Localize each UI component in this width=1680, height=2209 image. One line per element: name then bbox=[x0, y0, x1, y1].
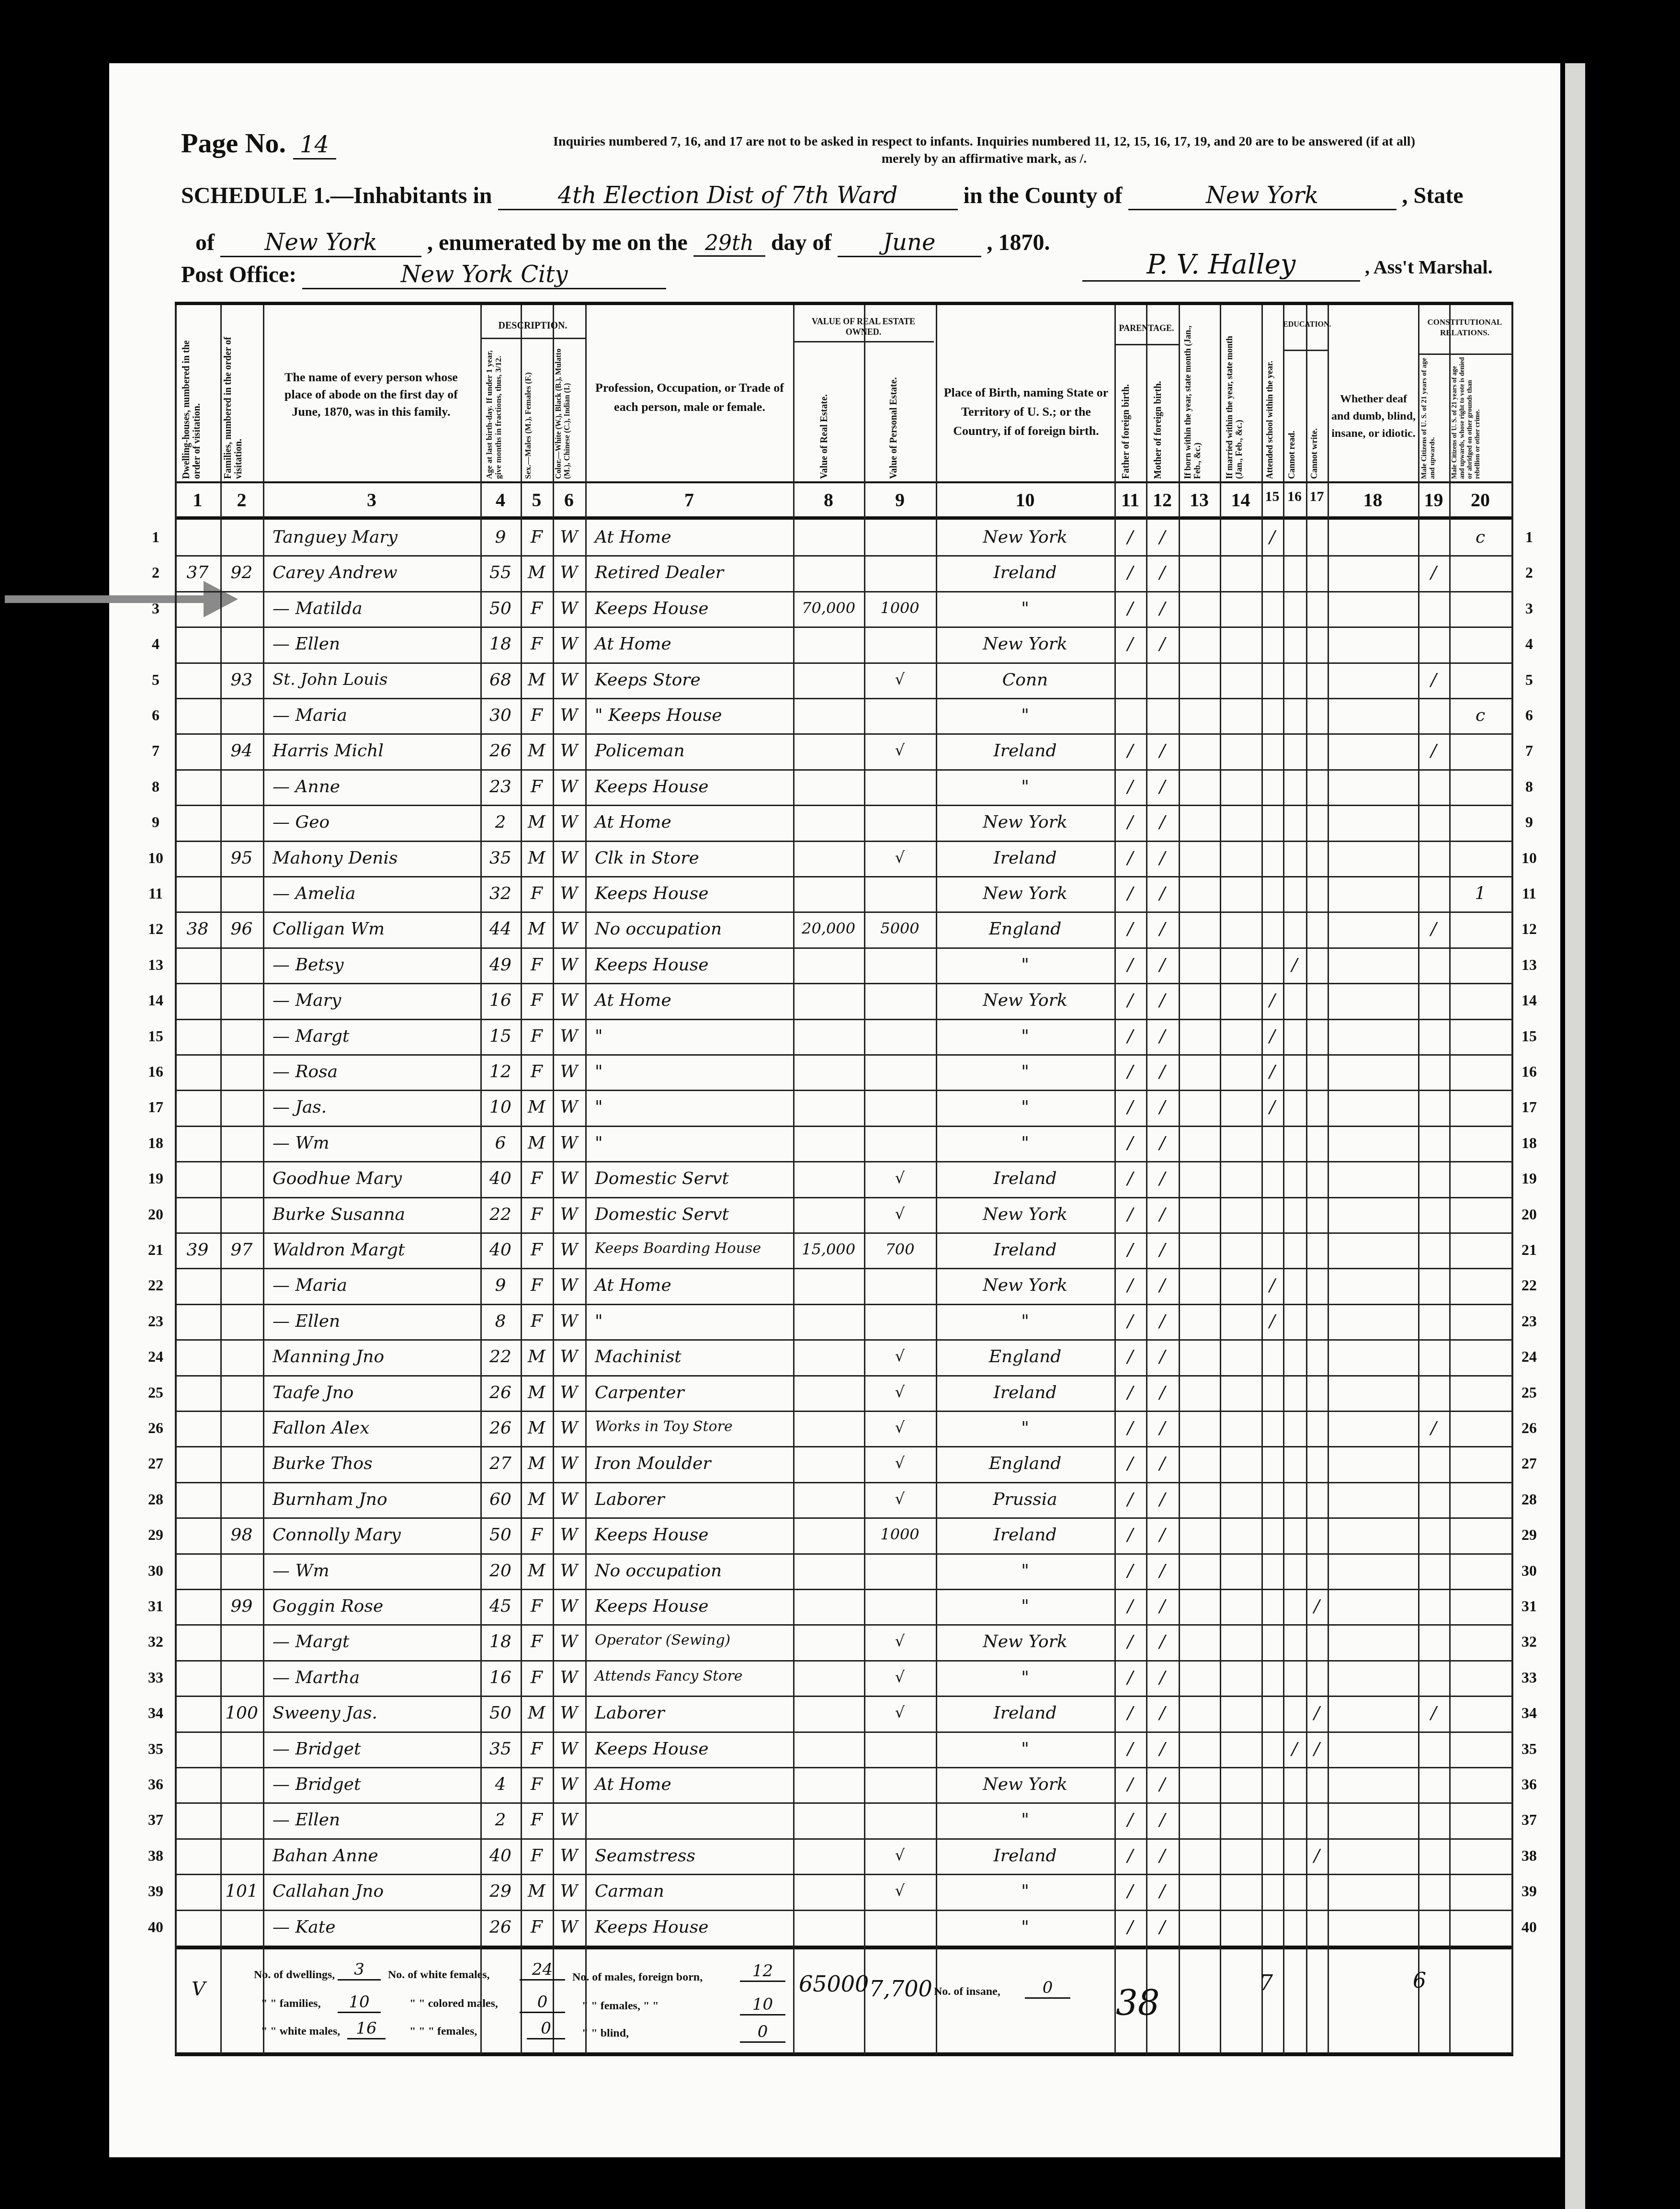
cell-birth: " bbox=[936, 955, 1114, 975]
adjacent-page-edge bbox=[1565, 63, 1585, 2209]
cell-occupation: Keeps House bbox=[595, 1739, 793, 1759]
cell-color: W bbox=[553, 741, 585, 761]
row-number-left: 28 bbox=[144, 1491, 168, 1508]
cell-age: 10 bbox=[480, 1097, 521, 1117]
colnum-bottom-rule bbox=[175, 516, 1513, 520]
row-number-right: 39 bbox=[1517, 1882, 1541, 1900]
cell-name: — Geo bbox=[272, 812, 480, 832]
cell-color: W bbox=[553, 1026, 585, 1046]
cell-write: / bbox=[1306, 1703, 1328, 1723]
cell-father: / bbox=[1114, 1205, 1146, 1224]
cell-birth: " bbox=[936, 1418, 1114, 1438]
summary-citizens-total: 6 bbox=[1413, 1969, 1426, 1993]
row-number-right: 9 bbox=[1517, 813, 1541, 831]
cell-family: 98 bbox=[220, 1525, 263, 1545]
cell-father: / bbox=[1114, 1311, 1146, 1331]
cell-birth: " bbox=[936, 1026, 1114, 1046]
marshal-signature: P. V. Halley bbox=[1082, 249, 1360, 282]
cell-name: Fallon Alex bbox=[272, 1418, 480, 1438]
cell-father: / bbox=[1114, 848, 1146, 868]
row-number-left: 25 bbox=[144, 1384, 168, 1401]
cell-occupation: Domestic Servt bbox=[595, 1205, 793, 1224]
cell-birth: " bbox=[936, 1881, 1114, 1901]
cell-name: Taafe Jno bbox=[272, 1383, 480, 1402]
cell-dwelling: 39 bbox=[175, 1240, 220, 1260]
row-divider bbox=[175, 1838, 1511, 1840]
cell-name: Carey Andrew bbox=[272, 563, 480, 582]
row-number-left: 34 bbox=[144, 1704, 168, 1722]
cell-mother: / bbox=[1146, 1703, 1179, 1723]
row-number-left: 23 bbox=[144, 1312, 168, 1330]
column-number: 18 bbox=[1328, 489, 1418, 511]
cell-color: W bbox=[553, 1454, 585, 1473]
cell-personal: √ bbox=[864, 1881, 936, 1900]
column-number: 20 bbox=[1449, 489, 1511, 511]
constitutional-group-rule bbox=[1418, 353, 1511, 355]
cell-sex: F bbox=[521, 1846, 553, 1866]
cell-father: / bbox=[1114, 634, 1146, 654]
cell-sex: M bbox=[521, 1703, 553, 1723]
cell-age: 16 bbox=[480, 1668, 521, 1687]
row-divider bbox=[175, 1304, 1511, 1305]
row-number-left: 37 bbox=[144, 1811, 168, 1829]
cell-age: 26 bbox=[480, 1917, 521, 1937]
row-number-right: 19 bbox=[1517, 1170, 1541, 1187]
row-number-right: 17 bbox=[1517, 1098, 1541, 1116]
cell-mother: / bbox=[1146, 599, 1179, 618]
summary-personal-estate-total: 7,700 bbox=[869, 1976, 932, 2002]
cell-father: / bbox=[1114, 527, 1146, 547]
cell-sex: M bbox=[521, 1561, 553, 1581]
row-number-right: 14 bbox=[1517, 991, 1541, 1009]
cell-mother: / bbox=[1146, 1097, 1179, 1117]
cell-birth: New York bbox=[936, 1275, 1114, 1295]
cell-personal: 5000 bbox=[864, 919, 936, 937]
summary-white-males: 16 bbox=[347, 2019, 386, 2039]
row-number-left: 11 bbox=[144, 885, 168, 902]
cell-age: 22 bbox=[480, 1347, 521, 1366]
cell-age: 35 bbox=[480, 1739, 521, 1759]
cell-father: / bbox=[1114, 1026, 1146, 1046]
state-field: New York bbox=[220, 229, 421, 257]
cell-name: — Ellen bbox=[272, 1311, 480, 1331]
cell-family: 101 bbox=[220, 1881, 263, 1901]
cell-occupation: Keeps Boarding House bbox=[595, 1240, 793, 1257]
cell-color: W bbox=[553, 991, 585, 1010]
cell-mother: / bbox=[1146, 1632, 1179, 1651]
cell-age: 49 bbox=[480, 955, 521, 975]
cell-family: 99 bbox=[220, 1596, 263, 1616]
col-header-deaf-blind-insane: Whether deaf and dumb, blind, insane, or… bbox=[1330, 390, 1417, 442]
row-divider bbox=[175, 1874, 1511, 1875]
row-number-right: 2 bbox=[1517, 564, 1541, 581]
cell-mother: / bbox=[1146, 1775, 1179, 1794]
cell-citizen: / bbox=[1418, 1703, 1449, 1723]
cell-occupation: " bbox=[595, 1062, 793, 1082]
row-divider bbox=[175, 1446, 1511, 1447]
row-number-left: 30 bbox=[144, 1562, 168, 1580]
cell-name: Bahan Anne bbox=[272, 1846, 480, 1866]
cell-birth: " bbox=[936, 1668, 1114, 1687]
row-number-left: 32 bbox=[144, 1633, 168, 1651]
cell-age: 26 bbox=[480, 741, 521, 761]
cell-mother: / bbox=[1146, 1490, 1179, 1509]
row-number-right: 22 bbox=[1517, 1276, 1541, 1294]
col-header-sex: Sex.—Males (M.), Females (F.) bbox=[523, 342, 550, 479]
cell-sex: F bbox=[521, 1775, 553, 1794]
cell-father: / bbox=[1114, 1596, 1146, 1616]
cell-name: — Maria bbox=[272, 1275, 480, 1295]
cell-sex: M bbox=[521, 741, 553, 761]
row-divider bbox=[175, 1268, 1511, 1269]
cell-name: Callahan Jno bbox=[272, 1881, 480, 1901]
cell-age: 30 bbox=[480, 706, 521, 725]
row-number-right: 4 bbox=[1517, 635, 1541, 653]
cell-sex: F bbox=[521, 777, 553, 797]
row-divider bbox=[175, 1375, 1511, 1377]
cell-occupation: Keeps Store bbox=[595, 670, 793, 690]
row-number-right: 21 bbox=[1517, 1241, 1541, 1259]
cell-father: / bbox=[1114, 1490, 1146, 1509]
row-number-left: 5 bbox=[144, 671, 168, 689]
cell-personal: √ bbox=[864, 848, 936, 866]
cell-father: / bbox=[1114, 1739, 1146, 1759]
cell-real: 20,000 bbox=[793, 919, 864, 937]
cell-personal: 700 bbox=[864, 1240, 936, 1258]
cell-birth: " bbox=[936, 599, 1114, 618]
cell-father: / bbox=[1114, 1454, 1146, 1473]
row-divider bbox=[175, 1090, 1511, 1091]
cell-sex: M bbox=[521, 1097, 553, 1117]
cell-color: W bbox=[553, 599, 585, 618]
cell-sex: M bbox=[521, 1490, 553, 1509]
cell-personal: √ bbox=[864, 1454, 936, 1472]
row-number-left: 29 bbox=[144, 1526, 168, 1544]
cell-name: — Rosa bbox=[272, 1062, 480, 1082]
summary-families: 10 bbox=[338, 1993, 381, 2013]
cell-mother: / bbox=[1146, 1846, 1179, 1866]
summary-parentage-total: 38 bbox=[1116, 1983, 1160, 2023]
cell-age: 9 bbox=[480, 1275, 521, 1295]
cell-birth: Ireland bbox=[936, 1169, 1114, 1188]
cell-name: Burnham Jno bbox=[272, 1490, 480, 1509]
cell-name: Burke Susanna bbox=[272, 1205, 480, 1224]
col-header-vote-denied: Male Citizens of U. S. of 21 years of ag… bbox=[1451, 357, 1510, 479]
cell-mother: / bbox=[1146, 991, 1179, 1010]
cell-sex: F bbox=[521, 1275, 553, 1295]
summary-real-estate-total: 65000 bbox=[799, 1971, 869, 1997]
cell-father: / bbox=[1114, 1810, 1146, 1830]
cell-birth: England bbox=[936, 1454, 1114, 1473]
row-divider bbox=[175, 626, 1511, 628]
cell-age: 18 bbox=[480, 1632, 521, 1651]
cell-father: / bbox=[1114, 1347, 1146, 1366]
cell-birth: England bbox=[936, 919, 1114, 939]
cell-color: W bbox=[553, 1775, 585, 1794]
marshal-signature-line: P. V. Halley , Ass't Marshal. bbox=[1082, 249, 1493, 282]
cell-age: 8 bbox=[480, 1311, 521, 1331]
cell-age: 40 bbox=[480, 1169, 521, 1188]
cell-age: 50 bbox=[480, 599, 521, 618]
cell-name: — Anne bbox=[272, 777, 480, 797]
row-number-left: 24 bbox=[144, 1348, 168, 1366]
cell-occupation: Keeps House bbox=[595, 955, 793, 975]
cell-occupation: Works in Toy Store bbox=[595, 1418, 793, 1435]
row-number-right: 11 bbox=[1517, 885, 1541, 902]
col-header-married-within-year: If married within the year, state month … bbox=[1225, 316, 1258, 479]
cell-name: Sweeny Jas. bbox=[272, 1703, 480, 1723]
cell-real: 70,000 bbox=[793, 599, 864, 617]
row-number-right: 6 bbox=[1517, 706, 1541, 724]
cell-real: 15,000 bbox=[793, 1240, 864, 1258]
cell-name: — Jas. bbox=[272, 1097, 480, 1117]
cell-birth: " bbox=[936, 1739, 1114, 1759]
cell-sex: M bbox=[521, 563, 553, 582]
row-number-right: 35 bbox=[1517, 1740, 1541, 1758]
cell-occupation: Laborer bbox=[595, 1703, 793, 1723]
column-divider bbox=[1511, 305, 1513, 2055]
cell-age: 45 bbox=[480, 1596, 521, 1616]
cell-father: / bbox=[1114, 1561, 1146, 1581]
cell-color: W bbox=[553, 1525, 585, 1545]
row-divider bbox=[175, 1339, 1511, 1341]
cell-color: W bbox=[553, 1739, 585, 1759]
cell-family: 92 bbox=[220, 563, 263, 582]
cell-color: W bbox=[553, 1668, 585, 1687]
enumeration-line: of New York , enumerated by me on the 29… bbox=[181, 229, 1050, 257]
description-group-rule bbox=[480, 338, 585, 339]
cell-age: 68 bbox=[480, 670, 521, 690]
column-divider bbox=[1306, 305, 1307, 2055]
cell-occupation: Domestic Servt bbox=[595, 1169, 793, 1188]
cell-occupation: Keeps House bbox=[595, 1917, 793, 1937]
cell-sex: F bbox=[521, 599, 553, 618]
row-number-left: 27 bbox=[144, 1455, 168, 1472]
row-number-right: 18 bbox=[1517, 1134, 1541, 1152]
cell-dwelling: 37 bbox=[175, 563, 220, 582]
column-number: 16 bbox=[1283, 489, 1306, 505]
cell-occupation: No occupation bbox=[595, 1561, 793, 1581]
cell-father: / bbox=[1114, 1097, 1146, 1117]
cell-birth: New York bbox=[936, 884, 1114, 903]
cell-birth: " bbox=[936, 1133, 1114, 1153]
cell-birth: Ireland bbox=[936, 1240, 1114, 1260]
cell-color: W bbox=[553, 706, 585, 725]
cell-age: 2 bbox=[480, 812, 521, 832]
row-number-right: 34 bbox=[1517, 1704, 1541, 1722]
cell-sex: F bbox=[521, 527, 553, 547]
cell-color: W bbox=[553, 1062, 585, 1082]
cell-mother: / bbox=[1146, 563, 1179, 582]
county-field: New York bbox=[1128, 182, 1396, 210]
row-number-left: 14 bbox=[144, 991, 168, 1009]
cell-father: / bbox=[1114, 741, 1146, 761]
cell-mother: / bbox=[1146, 1240, 1179, 1260]
cell-mother: / bbox=[1146, 1454, 1179, 1473]
row-divider bbox=[175, 1802, 1511, 1804]
column-divider bbox=[263, 305, 264, 2055]
cell-occupation: Laborer bbox=[595, 1490, 793, 1509]
cell-occupation: At Home bbox=[595, 1275, 793, 1295]
column-divider bbox=[793, 305, 795, 2055]
cell-name: — Wm bbox=[272, 1561, 480, 1581]
cell-mother: / bbox=[1146, 1026, 1179, 1046]
row-number-right: 28 bbox=[1517, 1491, 1541, 1508]
day-field: 29th bbox=[693, 231, 765, 257]
cell-age: 44 bbox=[480, 919, 521, 939]
cell-personal: √ bbox=[864, 1632, 936, 1650]
row-number-left: 2 bbox=[144, 564, 168, 581]
column-number: 12 bbox=[1146, 489, 1179, 511]
cell-age: 20 bbox=[480, 1561, 521, 1581]
cell-occupation: Carpenter bbox=[595, 1383, 793, 1402]
col-header-birthplace: Place of Birth, naming State or Territor… bbox=[943, 383, 1109, 441]
row-number-right: 36 bbox=[1517, 1776, 1541, 1793]
cell-color: W bbox=[553, 1561, 585, 1581]
cell-color: W bbox=[553, 670, 585, 690]
cell-age: 6 bbox=[480, 1133, 521, 1153]
cell-mother: / bbox=[1146, 741, 1179, 761]
post-office-field: New York City bbox=[302, 261, 666, 289]
cell-birth: " bbox=[936, 1097, 1114, 1117]
cell-father: / bbox=[1114, 1062, 1146, 1082]
cell-school: / bbox=[1261, 1097, 1283, 1117]
row-divider bbox=[175, 1660, 1511, 1662]
cell-age: 40 bbox=[480, 1846, 521, 1866]
cell-father: / bbox=[1114, 1133, 1146, 1153]
cell-name: Waldron Margt bbox=[272, 1240, 480, 1260]
cell-color: W bbox=[553, 1383, 585, 1402]
cell-family: 97 bbox=[220, 1240, 263, 1260]
cell-color: W bbox=[553, 777, 585, 797]
row-divider bbox=[175, 769, 1511, 771]
row-number-right: 3 bbox=[1517, 600, 1541, 617]
row-divider bbox=[175, 1019, 1511, 1020]
row-number-right: 15 bbox=[1517, 1027, 1541, 1045]
cell-color: W bbox=[553, 1846, 585, 1866]
cell-father: / bbox=[1114, 1525, 1146, 1545]
cell-color: W bbox=[553, 1703, 585, 1723]
cell-mother: / bbox=[1146, 1668, 1179, 1687]
cell-sex: F bbox=[521, 1062, 553, 1082]
col-header-father-foreign: Father of foreign birth. bbox=[1121, 350, 1140, 479]
cell-personal: √ bbox=[864, 741, 936, 759]
row-divider bbox=[175, 876, 1511, 877]
cell-occupation: " Keeps House bbox=[595, 706, 793, 725]
parentage-group-rule bbox=[1114, 344, 1179, 345]
column-divider bbox=[1449, 305, 1451, 2055]
col-header-cannot-read: Cannot read. bbox=[1286, 354, 1304, 479]
cell-sex: M bbox=[521, 1133, 553, 1153]
row-number-right: 26 bbox=[1517, 1419, 1541, 1437]
cell-age: 26 bbox=[480, 1383, 521, 1402]
data-bottom-rule bbox=[175, 1946, 1513, 1949]
summary-check-mark: V bbox=[192, 1978, 205, 2000]
col-header-family: Families, numbered in the order of visit… bbox=[223, 316, 251, 479]
cell-age: 35 bbox=[480, 848, 521, 868]
cell-sex: M bbox=[521, 1418, 553, 1438]
cell-age: 18 bbox=[480, 634, 521, 654]
cell-birth: Ireland bbox=[936, 741, 1114, 761]
cell-father: / bbox=[1114, 1632, 1146, 1651]
cell-occupation: At Home bbox=[595, 812, 793, 832]
row-number-right: 38 bbox=[1517, 1847, 1541, 1865]
cell-sex: F bbox=[521, 1026, 553, 1046]
summary-white-females: 24 bbox=[520, 1960, 565, 1981]
row-divider bbox=[175, 733, 1511, 735]
cell-school: / bbox=[1261, 1062, 1283, 1082]
cell-color: W bbox=[553, 527, 585, 547]
cell-mother: / bbox=[1146, 1275, 1179, 1295]
cell-sex: F bbox=[521, 1596, 553, 1616]
row-number-right: 33 bbox=[1517, 1669, 1541, 1686]
cell-color: W bbox=[553, 955, 585, 975]
cell-birth: New York bbox=[936, 1205, 1114, 1224]
row-divider bbox=[175, 983, 1511, 984]
row-divider bbox=[175, 1482, 1511, 1483]
cell-birth: " bbox=[936, 777, 1114, 797]
cell-mother: / bbox=[1146, 1917, 1179, 1937]
row-number-left: 38 bbox=[144, 1847, 168, 1865]
col-group-description: DESCRIPTION. bbox=[480, 319, 585, 333]
cell-father: / bbox=[1114, 955, 1146, 975]
col-header-cannot-write: Cannot write. bbox=[1309, 354, 1326, 479]
row-number-right: 1 bbox=[1517, 528, 1541, 546]
cell-occupation: " bbox=[595, 1097, 793, 1117]
row-number-left: 4 bbox=[144, 635, 168, 653]
cell-occupation: Machinist bbox=[595, 1347, 793, 1366]
row-divider bbox=[175, 1589, 1511, 1590]
real-estate-group-rule bbox=[793, 341, 934, 342]
cell-birth: " bbox=[936, 1596, 1114, 1616]
cell-color: W bbox=[553, 1097, 585, 1117]
col-group-parentage: PARENTAGE. bbox=[1114, 321, 1179, 335]
cell-family: 100 bbox=[220, 1703, 263, 1723]
cell-father: / bbox=[1114, 1418, 1146, 1438]
cell-sex: F bbox=[521, 706, 553, 725]
page-number-value: 14 bbox=[293, 131, 336, 159]
cell-father: / bbox=[1114, 1169, 1146, 1188]
cell-citizen: / bbox=[1418, 563, 1449, 582]
column-number: 19 bbox=[1418, 489, 1449, 511]
cell-sex: M bbox=[521, 919, 553, 939]
cell-write: / bbox=[1306, 1846, 1328, 1866]
row-number-left: 10 bbox=[144, 849, 168, 867]
summary-blind: 0 bbox=[740, 2022, 785, 2043]
cell-birth: Ireland bbox=[936, 1383, 1114, 1402]
cell-age: 9 bbox=[480, 527, 521, 547]
row-number-right: 23 bbox=[1517, 1312, 1541, 1330]
row-number-left: 40 bbox=[144, 1918, 168, 1936]
cell-birth: New York bbox=[936, 634, 1114, 654]
cell-age: 50 bbox=[480, 1703, 521, 1723]
cell-age: 16 bbox=[480, 991, 521, 1010]
cell-color: W bbox=[553, 1169, 585, 1188]
row-number-left: 6 bbox=[144, 706, 168, 724]
row-divider bbox=[175, 555, 1511, 557]
cell-personal: √ bbox=[864, 1668, 936, 1686]
cell-father: / bbox=[1114, 1383, 1146, 1402]
cell-color: W bbox=[553, 1917, 585, 1937]
summary-colored-females: 0 bbox=[527, 2019, 565, 2039]
row-number-left: 21 bbox=[144, 1241, 168, 1259]
cell-mother: / bbox=[1146, 1881, 1179, 1901]
cell-sex: F bbox=[521, 1739, 553, 1759]
cell-age: 32 bbox=[480, 884, 521, 903]
row-number-right: 5 bbox=[1517, 671, 1541, 689]
cell-personal: √ bbox=[864, 1490, 936, 1508]
cell-school: / bbox=[1261, 1026, 1283, 1046]
